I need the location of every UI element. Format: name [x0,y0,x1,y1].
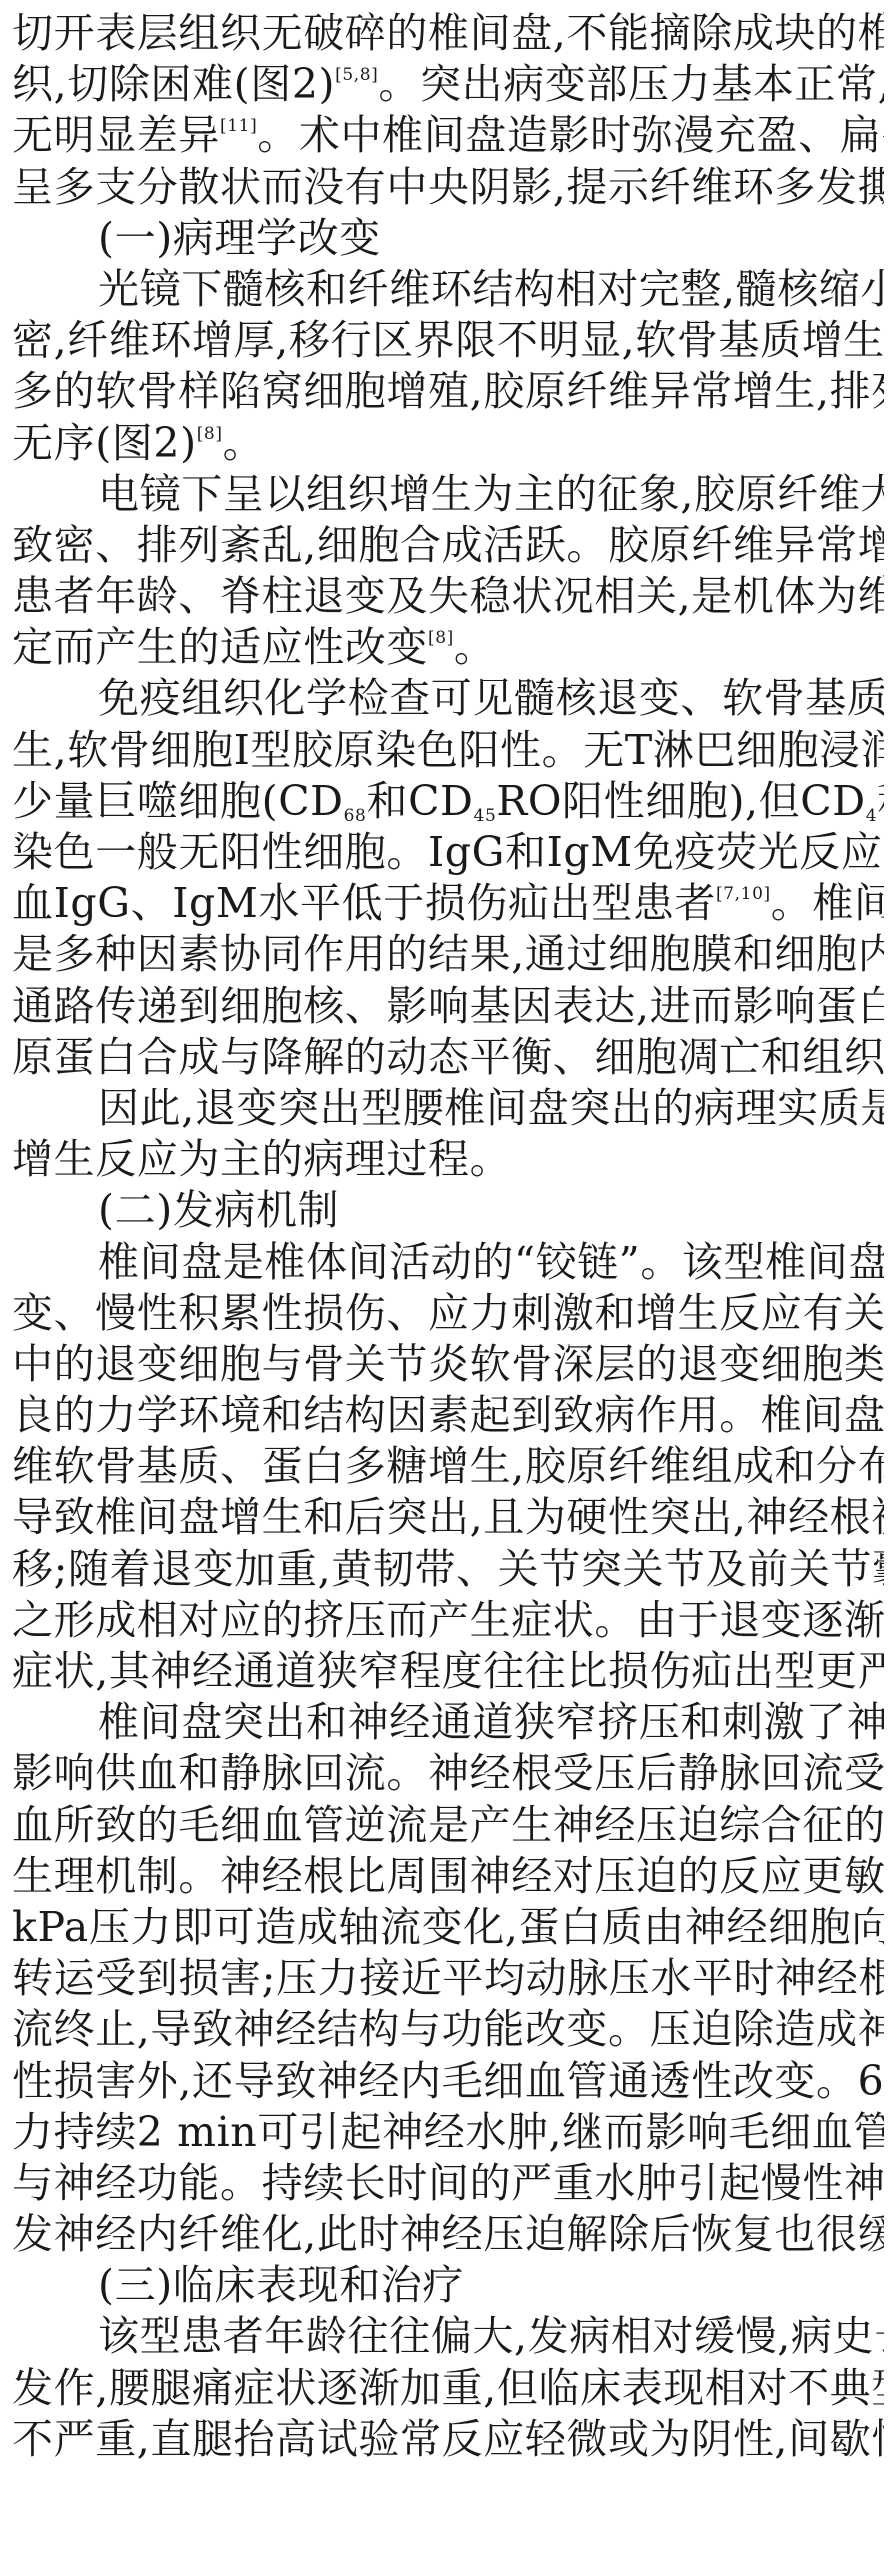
text-run: 变、慢性积累性损伤、应力刺激和增生反应有关。腰椎间盘 [12,1289,884,1337]
text-run: 染色一般无阳性细胞。IgG和IgM免疫荧光反应阴性,外周 [12,828,884,876]
text-run: 呈多支分散状而没有中央阴影,提示纤维环多发撕裂 [12,163,884,211]
text-line: 定而产生的适应性改变[8]。 [12,622,884,673]
text-run: 力持续2 min可引起神经水肿,继而影响毛细血管内的血流 [12,2108,884,2156]
text-run: 。突出病变部压力基本正常,与髓核 [378,60,884,108]
text-run: 椎间盘突出和神经通道狭窄挤压和刺激了神经组织,并 [98,1698,884,1746]
text-line: 转运受到损害;压力接近平均动脉压水平时神经根的动脉血 [12,1953,884,2004]
text-line: 影响供血和静脉回流。神经根受压后静脉回流受阻,静脉淤 [12,1748,884,1799]
text-run: 多的软骨样陷窝细胞增殖,胶原纤维异常增生,排列致密且 [12,367,884,415]
text-line: 染色一般无阳性细胞。IgG和IgM免疫荧光反应阴性,外周 [12,827,884,878]
text-line: 变、慢性积累性损伤、应力刺激和增生反应有关。腰椎间盘 [12,1288,884,1339]
text-run: 转运受到损害;压力接近平均动脉压水平时神经根的动脉血 [12,1954,884,2002]
text-line: 通路传递到细胞核、影响基因表达,进而影响蛋白多糖和胶 [12,981,884,1032]
text-run: 原蛋白合成与降解的动态平衡、细胞凋亡和组织退变 [12,1033,884,1081]
citation-ref: [8] [428,628,454,648]
text-run: 中的退变细胞与骨关节炎软骨深层的退变细胞类似,推测不 [12,1340,884,1388]
text-run: 血IgG、IgM水平低于损伤疝出型患者 [12,879,716,927]
text-run: 切开表层组织无破碎的椎间盘,不能摘除成块的椎间盘组 [12,9,884,57]
text-run: RO阳性细胞),但CD [496,777,865,825]
text-run: kPa压力即可造成轴流变化,蛋白质由神经细胞向轴突远端 [12,1903,884,1951]
text-line: 多的软骨样陷窝细胞增殖,胶原纤维异常增生,排列致密且 [12,366,884,417]
text-line: 移;随着退变加重,黄韧带、关节突关节及前关节囊增生,与 [12,1544,884,1595]
text-run: 光镜下髓核和纤维环结构相对完整,髓核缩小、组织致 [98,265,884,313]
text-run: 是多种因素协同作用的结果,通过细胞膜和细胞内信号传导 [12,930,884,978]
text-run: 定而产生的适应性改变 [12,623,428,671]
text-run: 良的力学环境和结构因素起到致病作用。椎间盘组织中纤 [12,1391,884,1439]
text-line: kPa压力即可造成轴流变化,蛋白质由神经细胞向轴突远端 [12,1902,884,1953]
text-run: 通路传递到细胞核、影响基因表达,进而影响蛋白多糖和胶 [12,982,884,1030]
citation-ref: [5,8] [335,65,378,85]
text-line: 力持续2 min可引起神经水肿,继而影响毛细血管内的血流 [12,2107,884,2158]
citation-ref: [8] [197,424,223,444]
text-line: 是多种因素协同作用的结果,通过细胞膜和细胞内信号传导 [12,929,884,980]
subscript: 4 [866,806,877,826]
citation-ref: [11] [220,116,257,136]
text-line: 密,纤维环增厚,移行区界限不明显,软骨基质增生,可见较 [12,315,884,366]
text-line: 血IgG、IgM水平低于损伤疝出型患者[7,10]。椎间盘退变可能 [12,878,884,929]
text-line: 良的力学环境和结构因素起到致病作用。椎间盘组织中纤 [12,1390,884,1441]
text-run: 导致椎间盘增生和后突出,且为硬性突出,神经根被向后推 [12,1493,884,1541]
text-line: 维软骨基质、蛋白多糖增生,胶原纤维组成和分布发生异常, [12,1441,884,1492]
text-line: 生,软骨细胞Ⅰ型胶原染色阳性。无T淋巴细胞浸润,偶见 [12,725,884,776]
text-line: 致密、排列紊乱,细胞合成活跃。胶原纤维异常增生反应与 [12,520,884,571]
text-line: 与神经功能。持续长时间的严重水肿引起慢性神经损伤,继 [12,2158,884,2209]
text-line: 电镜下呈以组织增生为主的征象,胶原纤维大量增生、 [12,469,884,520]
text-run: 生,软骨细胞Ⅰ型胶原染色阳性。无T淋巴细胞浸润,偶见 [12,726,884,774]
text-line: 流终止,导致神经结构与功能改变。压迫除造成神经根缺血 [12,2004,884,2055]
text-run: 免疫组织化学检查可见髓核退变、软骨基质及纤维环增 [98,674,884,722]
text-line: 因此,退变突出型腰椎间盘突出的病理实质是以退变和 [12,1083,884,1134]
text-run: 致密、排列紊乱,细胞合成活跃。胶原纤维异常增生反应与 [12,521,884,569]
text-run: 因此,退变突出型腰椎间盘突出的病理实质是以退变和 [98,1084,884,1132]
text-line: 切开表层组织无破碎的椎间盘,不能摘除成块的椎间盘组 [12,8,884,59]
text-run: 影响供血和静脉回流。神经根受压后静脉回流受阻,静脉淤 [12,1749,884,1797]
text-line: 织,切除困难(图2)[5,8]。突出病变部压力基本正常,与髓核 [12,59,884,110]
text-line: 中的退变细胞与骨关节炎软骨深层的退变细胞类似,推测不 [12,1339,884,1390]
heading-text: (三)临床表现和治疗 [98,2261,464,2309]
text-run: 织,切除困难(图2) [12,60,335,108]
text-run: 与神经功能。持续长时间的严重水肿引起慢性神经损伤,继 [12,2159,884,2207]
text-line: 椎间盘是椎体间活动的“铰链”。该型椎间盘突出与退 [12,1237,884,1288]
text-line: 光镜下髓核和纤维环结构相对完整,髓核缩小、组织致 [12,264,884,315]
text-run: 患者年龄、脊柱退变及失稳状况相关,是机体为维持脊柱稳 [12,572,884,620]
text-line: 呈多支分散状而没有中央阴影,提示纤维环多发撕裂[9]。 [12,162,884,213]
text-line: 原蛋白合成与降解的动态平衡、细胞凋亡和组织退变[20]。 [12,1032,884,1083]
text-run: 性损害外,还导致神经内毛细血管通透性改变。617 kPa压 [12,2057,884,2105]
text-run: 生理机制。神经根比周围神经对压迫的反应更敏感,410 [12,1852,884,1900]
text-line: 该型患者年龄往往偏大,发病相对缓慢,病史长或反复 [12,2311,884,2362]
text-run: 流终止,导致神经结构与功能改变。压迫除造成神经根缺血 [12,2005,884,2053]
text-line: 之形成相对应的挤压而产生症状。由于退变逐渐进展引起 [12,1595,884,1646]
text-line: 血所致的毛细血管逆流是产生神经压迫综合征的重要病理 [12,1800,884,1851]
heading-text: (二)发病机制 [98,1186,339,1234]
text-line: 无序(图2)[8]。 [12,418,884,469]
text-run: 和CD [366,777,473,825]
text-run: 椎间盘是椎体间活动的“铰链”。该型椎间盘突出与退 [98,1238,884,1286]
text-line: 无明显差异[11]。术中椎间盘造影时弥漫充盈、扁平扩大,或 [12,110,884,161]
text-line: 患者年龄、脊柱退变及失稳状况相关,是机体为维持脊柱稳 [12,571,884,622]
document-page: 切开表层组织无破碎的椎间盘,不能摘除成块的椎间盘组 织,切除困难(图2)[5,8… [12,8,884,2465]
text-run: 。 [223,419,265,467]
text-line: 免疫组织化学检查可见髓核退变、软骨基质及纤维环增 [12,673,884,724]
text-run: 症状,其神经通道狭窄程度往往比损伤疝出型更严重 [12,1647,884,1695]
text-line: 增生反应为主的病理过程。 [12,1134,884,1185]
text-run: 该型患者年龄往往偏大,发病相对缓慢,病史长或反复 [98,2312,884,2360]
text-line: 发神经内纤维化,此时神经压迫解除后恢复也很缓慢[22]。 [12,2209,884,2260]
text-run: 密,纤维环增厚,移行区界限不明显,软骨基质增生,可见较 [12,316,884,364]
text-run: 。椎间盘退变可能 [771,879,884,927]
text-run: 不严重,直腿抬高试验常反应轻微或为阴性,间歇性跛行等 [12,2415,884,2463]
text-line: 症状,其神经通道狭窄程度往往比损伤疝出型更严重[21]。 [12,1646,884,1697]
subscript: 68 [344,806,367,826]
text-run: 无明显差异 [12,111,220,159]
heading-text: (一)病理学改变 [98,214,381,262]
section-heading-pathogenesis: (二)发病机制 [12,1185,884,1236]
text-line: 少量巨噬细胞(CD68和CD45RO阳性细胞),但CD4和CD8免疫 [12,776,884,827]
text-run: 血所致的毛细血管逆流是产生神经压迫综合征的重要病理 [12,1801,884,1849]
text-run: 电镜下呈以组织增生为主的征象,胶原纤维大量增生、 [98,470,884,518]
text-line: 椎间盘突出和神经通道狭窄挤压和刺激了神经组织,并 [12,1697,884,1748]
text-run: 移;随着退变加重,黄韧带、关节突关节及前关节囊增生,与 [12,1545,884,1593]
text-run: 发作,腰腿痛症状逐渐加重,但临床表现相对不典型,腰痛多 [12,2364,884,2412]
text-run: 无序(图2) [12,419,197,467]
text-line: 生理机制。神经根比周围神经对压迫的反应更敏感,410 [12,1851,884,1902]
text-run: 。术中椎间盘造影时弥漫充盈、扁平扩大,或 [257,111,884,159]
text-run: 少量巨噬细胞(CD [12,777,344,825]
text-run: 。 [454,623,496,671]
section-heading-clinical: (三)临床表现和治疗 [12,2260,884,2311]
text-run: 之形成相对应的挤压而产生症状。由于退变逐渐进展引起 [12,1596,884,1644]
text-line: 导致椎间盘增生和后突出,且为硬性突出,神经根被向后推 [12,1492,884,1543]
text-line: 性损害外,还导致神经内毛细血管通透性改变。617 kPa压 [12,2056,884,2107]
text-run: 增生反应为主的病理过程。 [12,1135,511,1183]
text-run: 和CD [877,777,884,825]
citation-ref: [7,10] [716,884,771,904]
subscript: 45 [474,806,497,826]
text-line: 发作,腰腿痛症状逐渐加重,但临床表现相对不典型,腰痛多 [12,2363,884,2414]
text-run: 维软骨基质、蛋白多糖增生,胶原纤维组成和分布发生异常, [12,1442,884,1490]
text-line: 不严重,直腿抬高试验常反应轻微或为阴性,间歇性跛行等 [12,2414,884,2465]
section-heading-pathology: (一)病理学改变 [12,213,884,264]
text-run: 发神经内纤维化,此时神经压迫解除后恢复也很缓慢 [12,2210,884,2258]
